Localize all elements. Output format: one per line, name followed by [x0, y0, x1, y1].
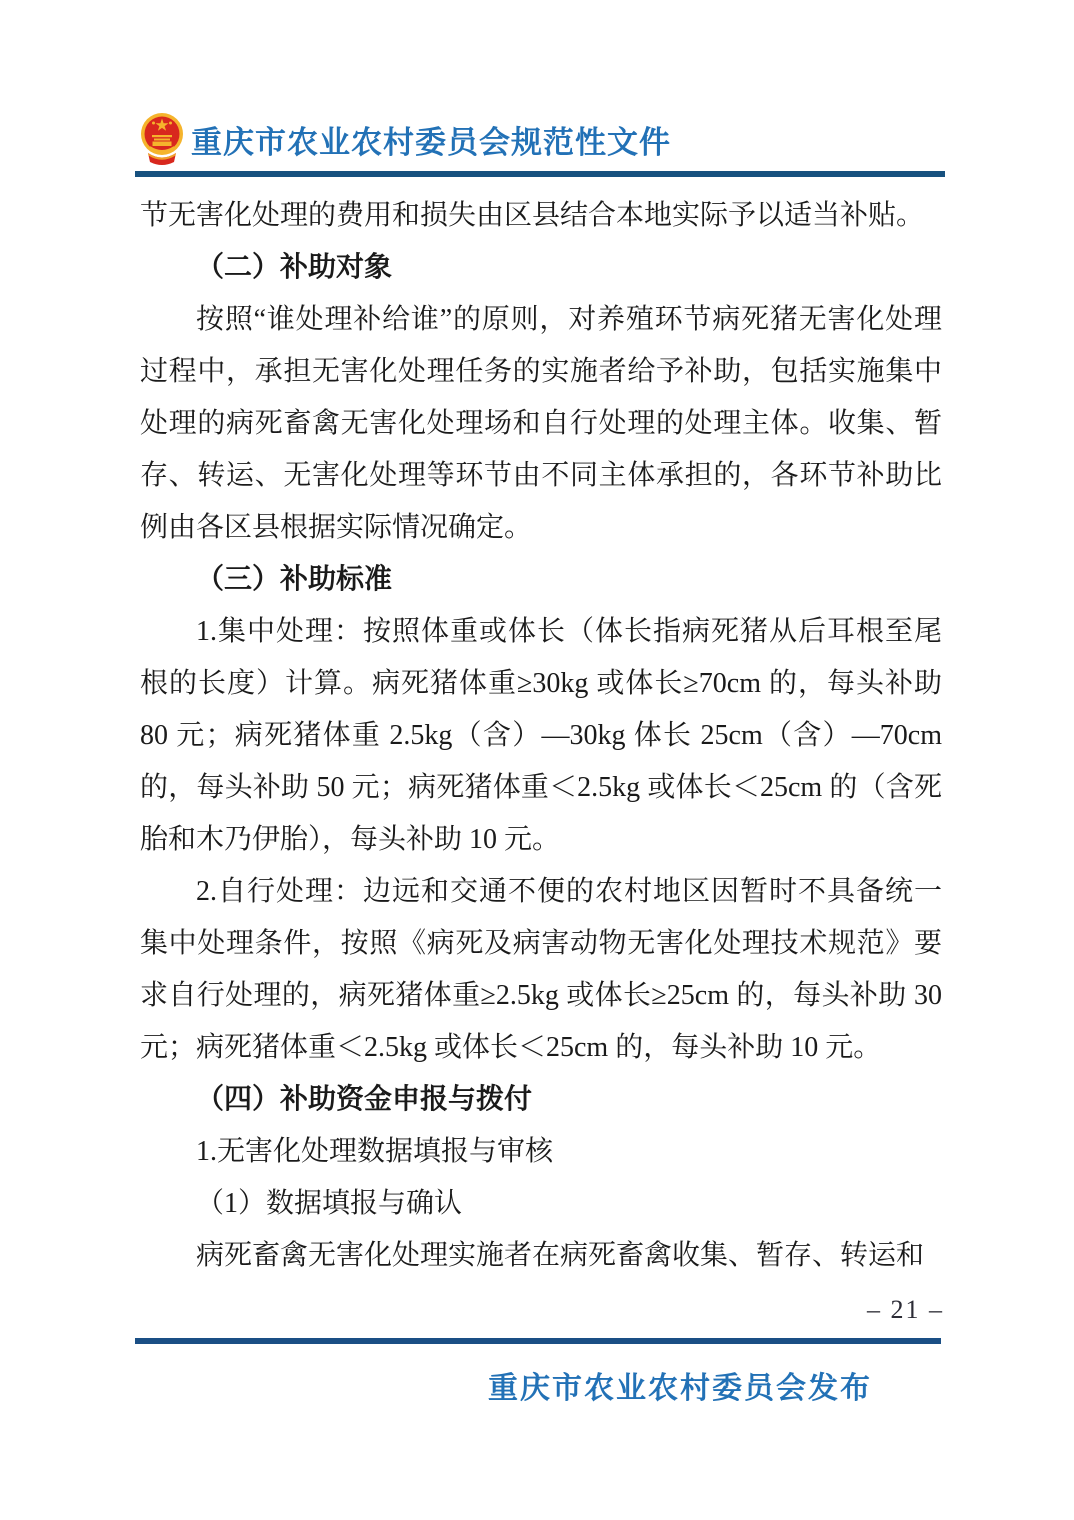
paragraph: （二）补助对象 [140, 242, 942, 294]
paragraph: （三）补助标准 [140, 554, 942, 606]
document-header-title: 重庆市农业农村委员会规范性文件 [191, 117, 671, 162]
paragraph: 1.集中处理：按照体重或体长（体长指病死猪从后耳根至尾根的长度）计算。病死猪体重… [140, 606, 942, 866]
document-body: 节无害化处理的费用和损失由区县结合本地实际予以适当补贴。（二）补助对象按照“谁处… [140, 190, 942, 1282]
paragraph: （1）数据填报与确认 [140, 1178, 942, 1230]
paragraph: 病死畜禽无害化处理实施者在病死畜禽收集、暂存、转运和 [140, 1230, 942, 1282]
header-rule [135, 171, 945, 177]
paragraph: 节无害化处理的费用和损失由区县结合本地实际予以适当补贴。 [140, 190, 942, 242]
document-page: 重庆市农业农村委员会规范性文件 节无害化处理的费用和损失由区县结合本地实际予以适… [0, 0, 1074, 1520]
paragraph: （四）补助资金申报与拨付 [140, 1074, 942, 1126]
footer-rule [135, 1338, 941, 1344]
publisher-label: 重庆市农业农村委员会发布 [488, 1363, 872, 1407]
paragraph: 2.自行处理：边远和交通不便的农村地区因暂时不具备统一集中处理条件，按照《病死及… [140, 866, 942, 1074]
page-number: – 21 – [867, 1293, 944, 1327]
paragraph: 1.无害化处理数据填报与审核 [140, 1126, 942, 1178]
paragraph: 按照“谁处理补给谁”的原则，对养殖环节病死猪无害化处理过程中，承担无害化处理任务… [140, 294, 942, 554]
document-header: 重庆市农业农村委员会规范性文件 [140, 112, 950, 166]
national-emblem-icon [140, 112, 184, 166]
